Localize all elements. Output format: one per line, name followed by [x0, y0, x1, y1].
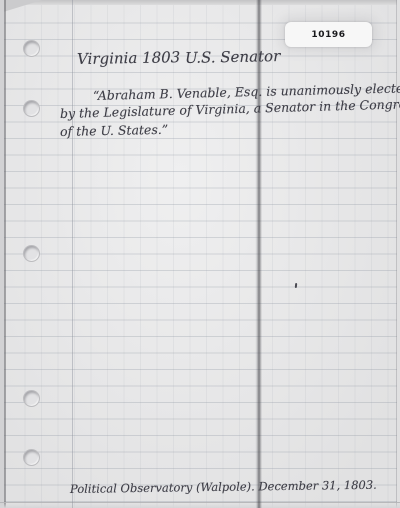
- paper-background: [0, 0, 400, 508]
- page-left-edge-line: [4, 0, 6, 508]
- scanned-document-page: 10196 Virginia 1803 U.S. Senator “Abraha…: [0, 0, 400, 508]
- punch-hole: [23, 390, 40, 407]
- catalog-number-label: 10196: [285, 22, 372, 47]
- page-right-edge-line: [396, 0, 397, 508]
- heading-place-year: Virginia 1803: [77, 48, 181, 68]
- punch-hole: [23, 100, 40, 117]
- punch-hole: [23, 245, 40, 262]
- page-bottom-edge: [0, 502, 400, 508]
- scan-crease-line: [256, 0, 262, 508]
- quote-line-3: of the U. States.”: [60, 122, 168, 139]
- punch-hole: [23, 40, 40, 57]
- notebook-margin-line: [72, 0, 73, 508]
- punch-hole: [23, 449, 40, 466]
- heading-office: U.S. Senator: [185, 47, 281, 67]
- page-corner-fold: [0, 0, 42, 13]
- page-top-edge: [0, 0, 400, 5]
- catalog-number-text: 10196: [311, 30, 345, 40]
